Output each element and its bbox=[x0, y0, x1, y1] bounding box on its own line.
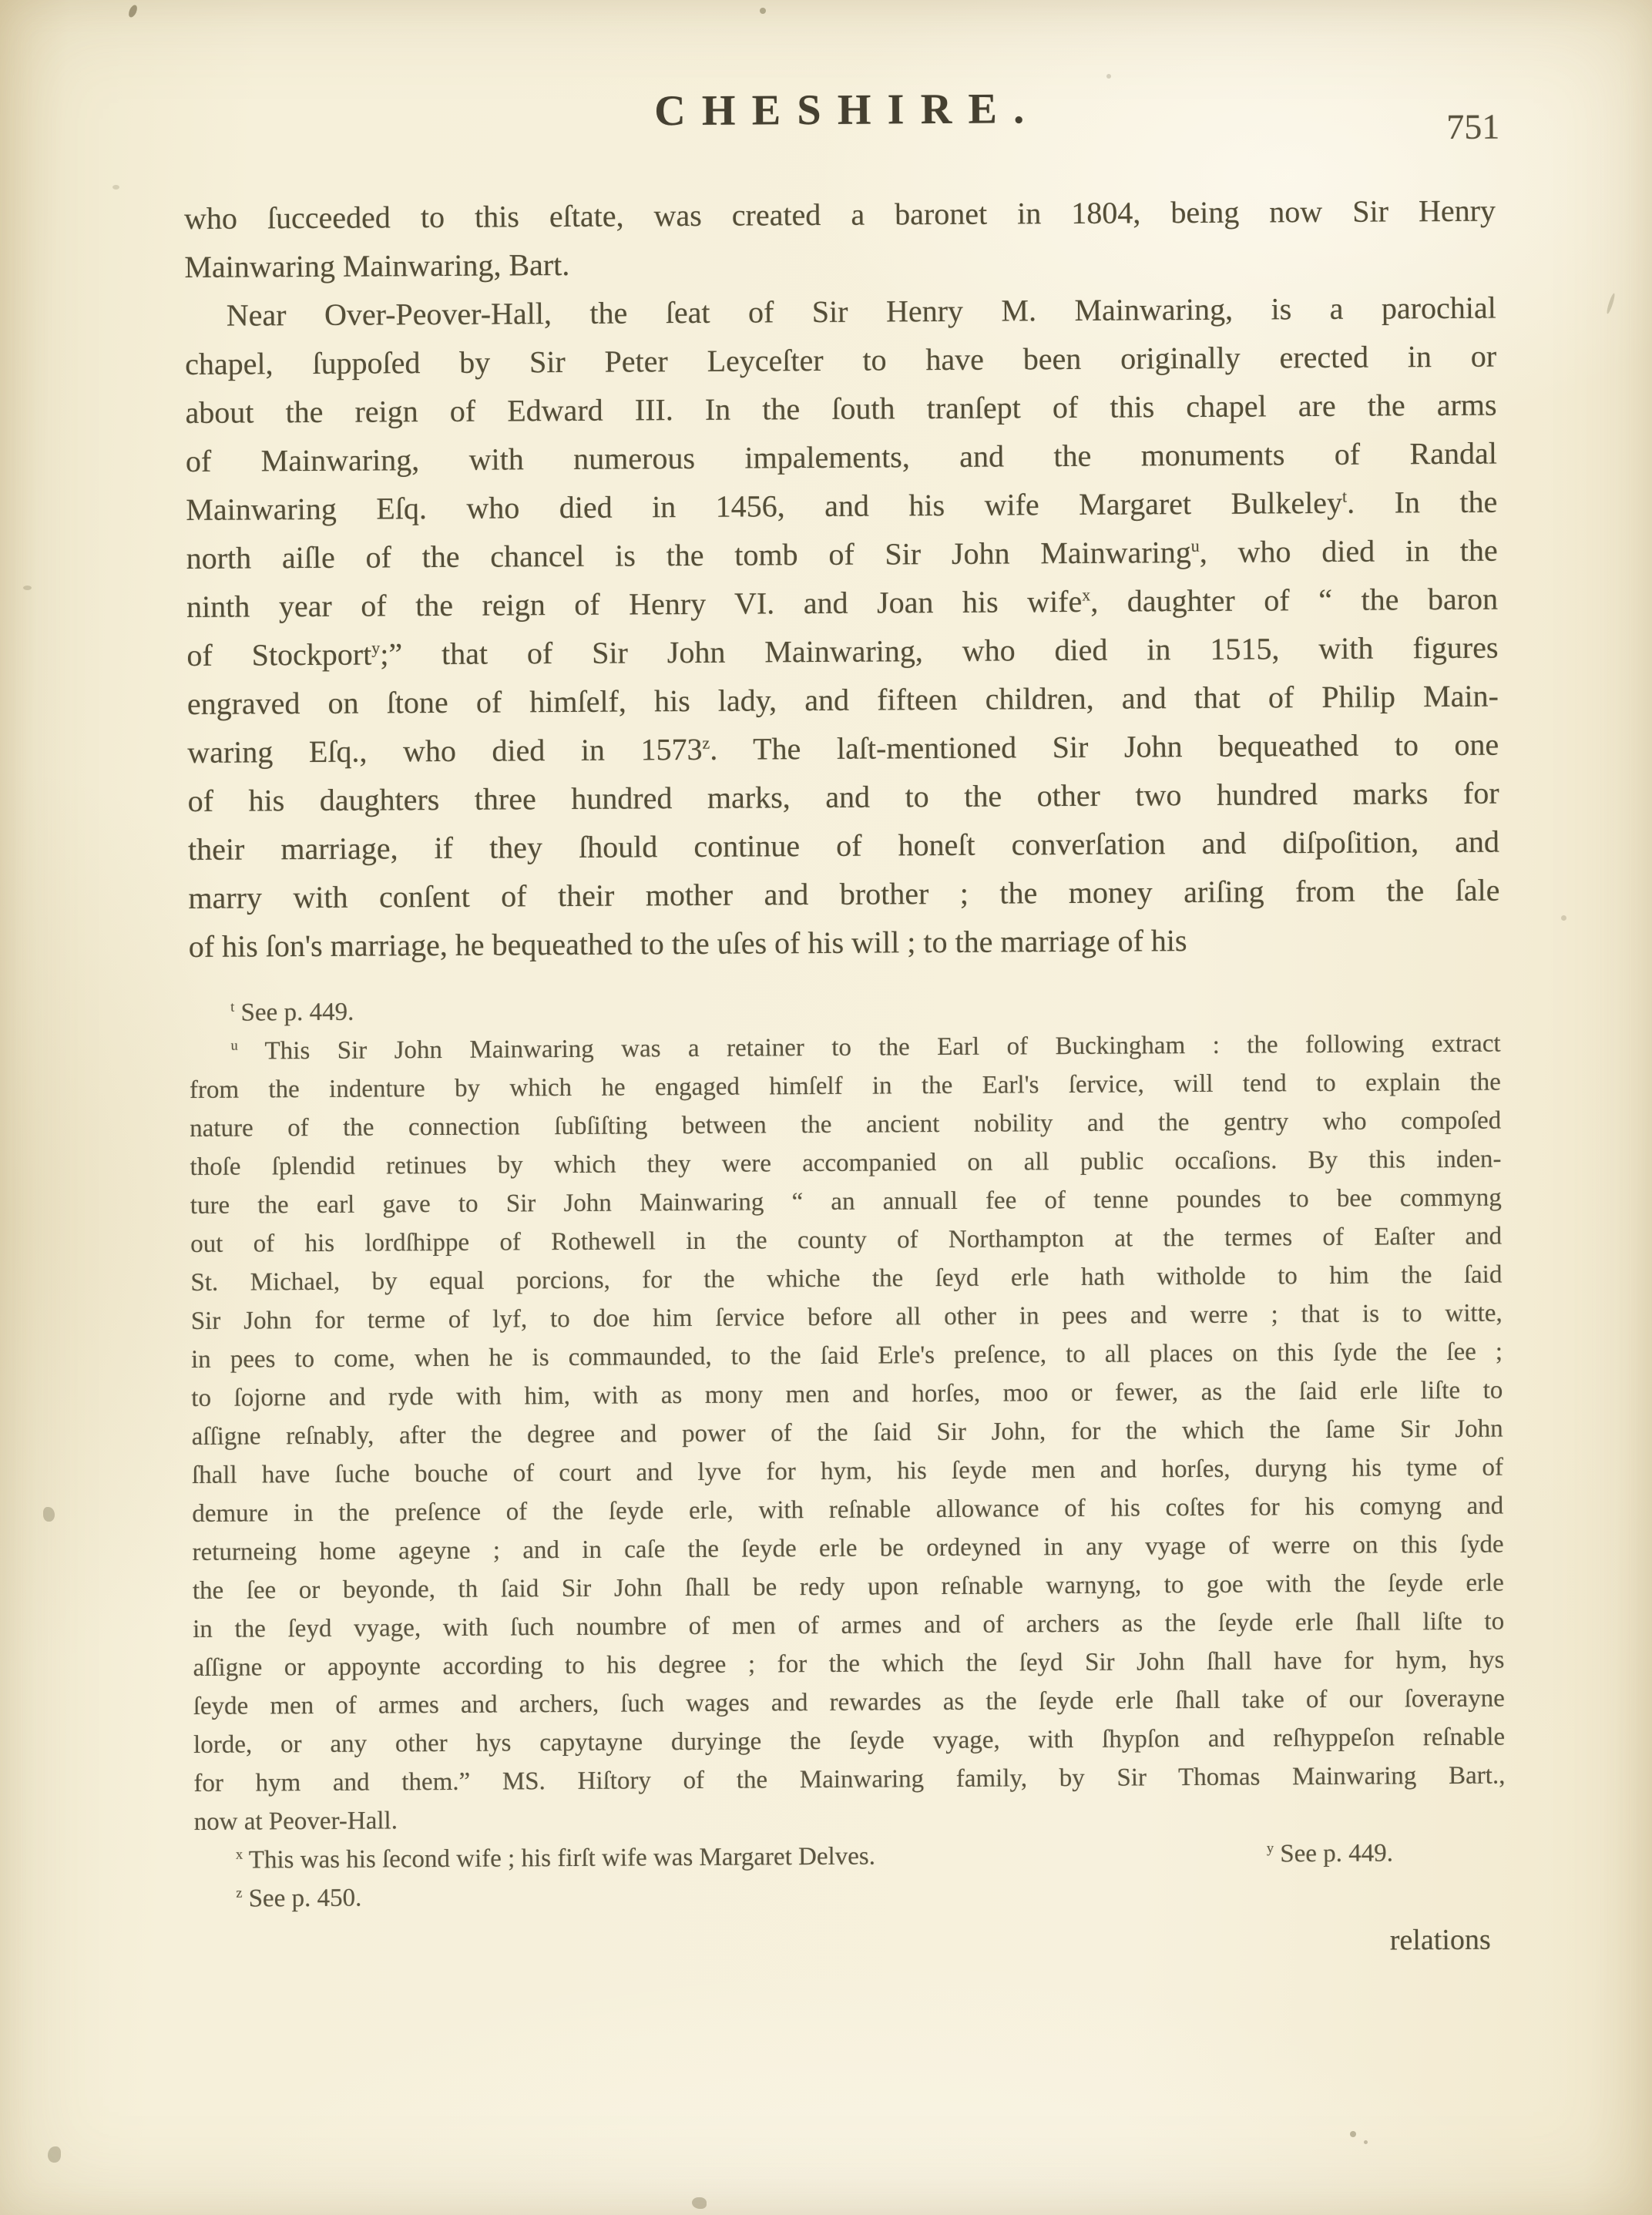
footnote-marker: y bbox=[1267, 1840, 1274, 1855]
text-line: about the reign of Edward III. In the ſo… bbox=[185, 381, 1496, 437]
book-page-scan: CHESHIRE. 751 who ſucceeded to this eſta… bbox=[0, 0, 1652, 2215]
ink-speck bbox=[112, 185, 119, 190]
ink-speck bbox=[48, 2146, 61, 2163]
catchword: relations bbox=[195, 1923, 1506, 1965]
footnote-marker: u bbox=[1191, 536, 1200, 555]
footnote-block: z See p. 450. bbox=[194, 1872, 1506, 1918]
text-line: Near Over-Peover-Hall, the ſeat of Sir H… bbox=[185, 284, 1496, 340]
running-title: CHESHIRE. bbox=[183, 83, 1495, 137]
ink-speck bbox=[1364, 2140, 1368, 2144]
footnote-marker: x bbox=[236, 1847, 243, 1862]
text-line: for hym and them.” MS. Hiſtory of the Ma… bbox=[193, 1757, 1505, 1803]
footnote-block: x This was his ſecond wife ; his firſt w… bbox=[194, 1834, 1506, 1880]
footnote-text: y See p. 449. bbox=[1267, 1834, 1393, 1873]
ink-speck bbox=[43, 1507, 55, 1522]
text-line: of his ſon's marriage, he bequeathed to … bbox=[189, 915, 1500, 971]
ink-speck bbox=[127, 4, 139, 18]
text-line: marry with conſent of their mother and b… bbox=[188, 866, 1499, 922]
text-line: of his daughters three hundred marks, an… bbox=[187, 769, 1499, 825]
footnote-marker: t bbox=[230, 999, 234, 1015]
footnote-marker: t bbox=[1342, 486, 1347, 505]
text-line: chapel, ſuppoſed by Sir Peter Leyceſter … bbox=[185, 332, 1496, 388]
text-line: ninth year of the reign of Henry VI. and… bbox=[186, 575, 1498, 631]
text-line: who ſucceeded to this eſtate, was create… bbox=[184, 186, 1496, 243]
ink-speck bbox=[1350, 2131, 1356, 2137]
ink-speck bbox=[760, 8, 766, 14]
main-text: who ſucceeded to this eſtate, was create… bbox=[184, 186, 1500, 971]
page-header: CHESHIRE. 751 bbox=[183, 83, 1496, 165]
paragraph: who ſucceeded to this eſtate, was create… bbox=[184, 186, 1496, 291]
ink-speck bbox=[692, 2197, 707, 2209]
ink-speck bbox=[1106, 74, 1111, 79]
footnote-text: x This was his ſecond wife ; his firſt w… bbox=[194, 1837, 875, 1880]
text-line: of Stockporty;” that of Sir John Mainwar… bbox=[186, 623, 1498, 680]
footnote-marker: z bbox=[702, 733, 710, 753]
text-line: x This was his ſecond wife ; his firſt w… bbox=[194, 1834, 1506, 1880]
footnote-marker: z bbox=[236, 1885, 242, 1901]
paragraph: Near Over-Peover-Hall, the ſeat of Sir H… bbox=[185, 284, 1500, 971]
text-line: Mainwaring Eſq. who died in 1456, and hi… bbox=[186, 478, 1497, 534]
text-line: of Mainwaring, with numerous impalements… bbox=[186, 429, 1497, 485]
text-line: z See p. 450. bbox=[194, 1872, 1506, 1918]
text-line: Mainwaring Mainwaring, Bart. bbox=[184, 235, 1496, 291]
footnote-marker: x bbox=[1082, 585, 1090, 604]
footnotes: t See p. 449.u This Sir John Mainwaring … bbox=[189, 986, 1506, 1918]
page-number: 751 bbox=[1446, 106, 1499, 147]
text-line: engraved on ſtone of himſelf, his lady, … bbox=[187, 672, 1499, 728]
page-content: CHESHIRE. 751 who ſucceeded to this eſta… bbox=[183, 83, 1506, 1965]
footnote-marker: y bbox=[371, 638, 380, 657]
ink-speck bbox=[23, 586, 32, 590]
footnote-marker: u bbox=[231, 1038, 238, 1053]
ink-speck bbox=[1606, 293, 1616, 314]
text-line: north aiſle of the chancel is the tomb o… bbox=[186, 526, 1498, 582]
footnote-block: u This Sir John Mainwaring was a retaine… bbox=[189, 1025, 1505, 1841]
ink-speck bbox=[1561, 915, 1566, 921]
text-line: waring Eſq., who died in 1573z. The laſt… bbox=[187, 720, 1499, 777]
text-line: their marriage, if they ſhould continue … bbox=[188, 817, 1499, 874]
